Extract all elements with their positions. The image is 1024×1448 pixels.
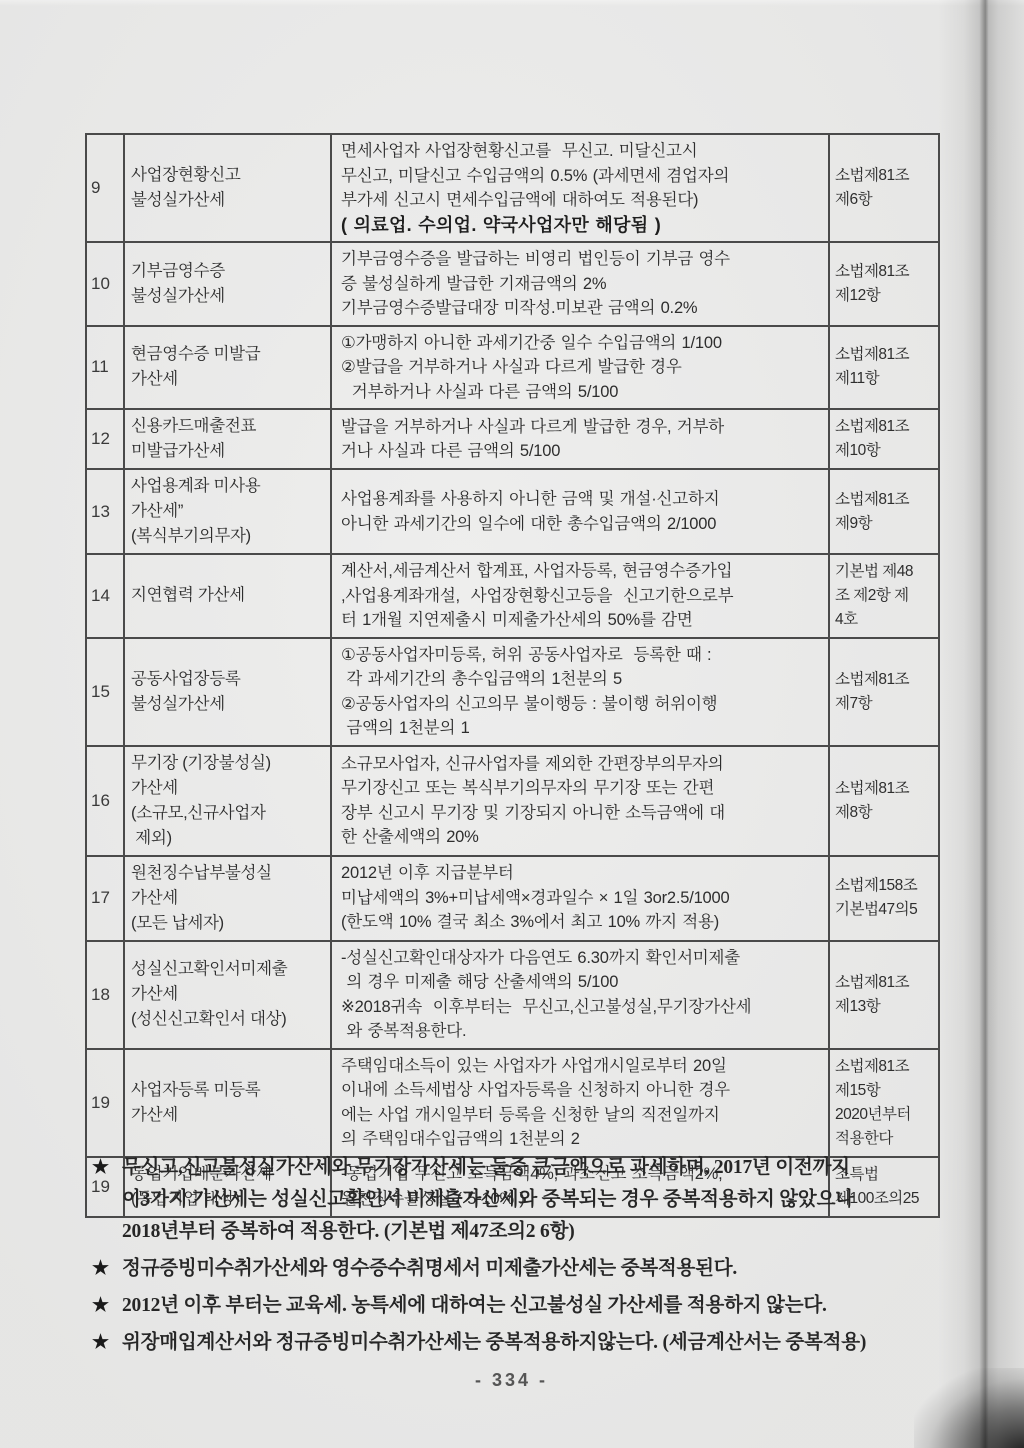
scanned-document-page: { "page": { "number_label": "- 334 -" },…: [0, 0, 1024, 1448]
table-row: 14 지연협력 가산세 계산서,세금계산서 합계표, 사업자등록, 현금영수증가…: [86, 554, 939, 638]
penalty-name-cell: 성실신고확인서미제출 가산세 (성신신고확인서 대상): [124, 941, 331, 1049]
table-row: 19 사업자등록 미등록 가산세 주택임대소득이 있는 사업자가 사업개시일로부…: [86, 1049, 939, 1157]
penalty-name-cell: 무기장 (기장불성실) 가산세 (소규모,신규사업자 제외): [124, 746, 331, 856]
penalty-name-cell: 현금영수증 미발급 가산세: [124, 326, 331, 410]
legal-ref-cell: 소법제81조 제6항: [829, 134, 939, 242]
row-number-cell: 16: [86, 746, 124, 856]
penalty-name-cell: 지연협력 가산세: [124, 554, 331, 638]
penalty-name-cell: 사업장현황신고 불성실가산세: [124, 134, 331, 242]
legal-ref-cell: 소법제81조 제9항: [829, 469, 939, 554]
penalty-desc-cell: 사업용계좌를 사용하지 아니한 금액 및 개설·신고하지 아니한 과세기간의 일…: [331, 469, 829, 554]
row-number-cell: 19: [86, 1049, 124, 1157]
penalty-name-cell: 사업자등록 미등록 가산세: [124, 1049, 331, 1157]
note-text: 정규증빙미수취가산세와 영수증수취명세서 미제출가산세는 중복적용된다.: [122, 1253, 944, 1285]
note-text: 무신고,신고불성실가산세와 무기장가산세는 둘중 큰금액으로 과세하며, 201…: [122, 1152, 944, 1248]
penalty-name-cell: 공동사업장등록 불성실가산세: [124, 638, 331, 746]
penalty-name-cell: 신용카드매출전표 미발급가산세: [124, 409, 331, 469]
note-item: ★ 위장매입계산서와 정규증빙미수취가산세는 중복적용하지않는다. (세금계산서…: [92, 1327, 944, 1359]
table-row: 11 현금영수증 미발급 가산세 ①가맹하지 아니한 과세기간중 일수 수입금액…: [86, 326, 939, 410]
table-row: 12 신용카드매출전표 미발급가산세 발급을 거부하거나 사실과 다르게 발급한…: [86, 409, 939, 469]
penalty-desc-cell: 2012년 이후 지급분부터 미납세액의 3%+미납세액×경과일수 × 1일 3…: [331, 856, 829, 941]
notes-list: ★ 무신고,신고불성실가산세와 무기장가산세는 둘중 큰금액으로 과세하며, 2…: [92, 1152, 944, 1364]
legal-ref-cell: 소법제81조 제12항: [829, 242, 939, 326]
legal-ref-cell: 소법제81조 제7항: [829, 638, 939, 746]
legal-ref-cell: 소법제81조 제11항: [829, 326, 939, 410]
row-number-cell: 11: [86, 326, 124, 410]
penalty-desc-cell: 면세사업자 사업장현황신고를 무신고. 미달신고시 무신고, 미달신고 수입금액…: [331, 134, 829, 242]
table-row: 18 성실신고확인서미제출 가산세 (성신신고확인서 대상) -성실신고확인대상…: [86, 941, 939, 1049]
note-text: 위장매입계산서와 정규증빙미수취가산세는 중복적용하지않는다. (세금계산서는 …: [122, 1327, 944, 1359]
star-icon: ★: [92, 1152, 122, 1184]
legal-ref-cell: 소법제81조 제8항: [829, 746, 939, 856]
penalty-name-cell: 기부금영수증 불성실가산세: [124, 242, 331, 326]
star-icon: ★: [92, 1327, 122, 1359]
penalty-desc-cell: -성실신고확인대상자가 다음연도 6.30까지 확인서미제출 의 경우 미제출 …: [331, 941, 829, 1049]
legal-ref-cell: 소법제81조 제10항: [829, 409, 939, 469]
row-number-cell: 14: [86, 554, 124, 638]
note-item: ★ 정규증빙미수취가산세와 영수증수취명세서 미제출가산세는 중복적용된다.: [92, 1253, 944, 1285]
penalty-desc-cell: 소규모사업자, 신규사업자를 제외한 간편장부의무자의 무기장신고 또는 복식부…: [331, 746, 829, 856]
table-row: 16 무기장 (기장불성실) 가산세 (소규모,신규사업자 제외) 소규모사업자…: [86, 746, 939, 856]
note-text: 2012년 이후 부터는 교육세. 농특세에 대하여는 신고불성실 가산세를 적…: [122, 1290, 944, 1322]
penalty-desc-cell: 계산서,세금계산서 합계표, 사업자등록, 현금영수증가입 ,사업용계좌개설, …: [331, 554, 829, 638]
row-number-cell: 10: [86, 242, 124, 326]
penalty-desc-cell: 발급을 거부하거나 사실과 다르게 발급한 경우, 거부하 거나 사실과 다른 …: [331, 409, 829, 469]
penalty-desc-cell: 기부금영수증을 발급하는 비영리 법인등이 기부금 영수 증 불성실하게 발급한…: [331, 242, 829, 326]
penalty-table-body: 9 사업장현황신고 불성실가산세 면세사업자 사업장현황신고를 무신고. 미달신…: [86, 134, 939, 1217]
penalty-tax-table: 9 사업장현황신고 불성실가산세 면세사업자 사업장현황신고를 무신고. 미달신…: [85, 133, 940, 1218]
note-item: ★ 2012년 이후 부터는 교육세. 농특세에 대하여는 신고불성실 가산세를…: [92, 1290, 944, 1322]
row-number-cell: 18: [86, 941, 124, 1049]
row-number-cell: 13: [86, 469, 124, 554]
penalty-name-cell: 원천징수납부불성실 가산세 (모든 납세자): [124, 856, 331, 941]
row-number-cell: 12: [86, 409, 124, 469]
table-row: 15 공동사업장등록 불성실가산세 ①공동사업자미등록, 허위 공동사업자로 등…: [86, 638, 939, 746]
legal-ref-cell: 소법제158조 기본법47의5: [829, 856, 939, 941]
table-row: 9 사업장현황신고 불성실가산세 면세사업자 사업장현황신고를 무신고. 미달신…: [86, 134, 939, 242]
book-binding-shadow: [938, 0, 1024, 1448]
legal-ref-cell: 기본법 제48 조 제2항 제 4호: [829, 554, 939, 638]
penalty-desc-bold-line: ( 의료업. 수의업. 약국사업자만 해당됨 ): [341, 213, 824, 238]
star-icon: ★: [92, 1290, 122, 1322]
legal-ref-cell: 소법제81조 제15항 2020년부터 적용한다: [829, 1049, 939, 1157]
row-number-cell: 17: [86, 856, 124, 941]
penalty-desc-cell: ①가맹하지 아니한 과세기간중 일수 수입금액의 1/100 ②발급을 거부하거…: [331, 326, 829, 410]
table-row: 17 원천징수납부불성실 가산세 (모든 납세자) 2012년 이후 지급분부터…: [86, 856, 939, 941]
penalty-name-cell: 사업용계좌 미사용 가산세” (복식부기의무자): [124, 469, 331, 554]
row-number-cell: 15: [86, 638, 124, 746]
star-icon: ★: [92, 1253, 122, 1285]
note-item: ★ 무신고,신고불성실가산세와 무기장가산세는 둘중 큰금액으로 과세하며, 2…: [92, 1152, 944, 1248]
legal-ref-cell: 소법제81조 제13항: [829, 941, 939, 1049]
row-number-cell: 9: [86, 134, 124, 242]
penalty-desc-cell: 주택임대소득이 있는 사업자가 사업개시일로부터 20일 이내에 소득세법상 사…: [331, 1049, 829, 1157]
penalty-desc-cell: ①공동사업자미등록, 허위 공동사업자로 등록한 때 : 각 과세기간의 총수입…: [331, 638, 829, 746]
table-row: 13 사업용계좌 미사용 가산세” (복식부기의무자) 사업용계좌를 사용하지 …: [86, 469, 939, 554]
table-row: 10 기부금영수증 불성실가산세 기부금영수증을 발급하는 비영리 법인등이 기…: [86, 242, 939, 326]
page-number: - 334 -: [85, 1370, 938, 1391]
